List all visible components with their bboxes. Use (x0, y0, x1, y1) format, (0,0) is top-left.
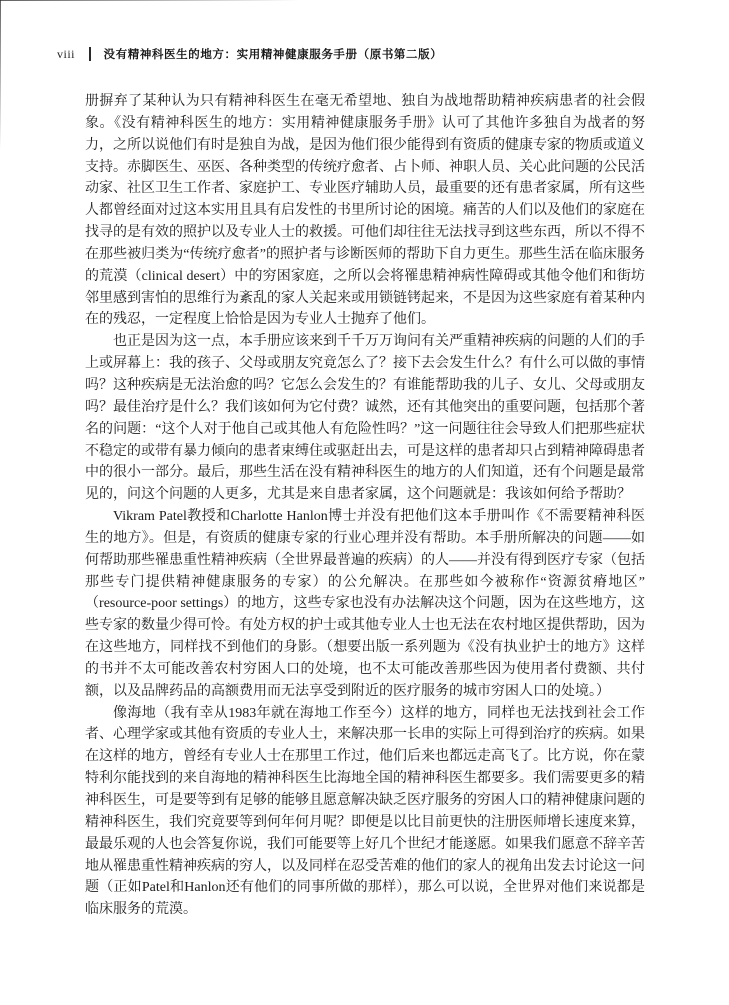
body-paragraph: 像海地（我有幸从1983年就在海地工作至今）这样的地方，同样也无法找到社会工作者… (85, 703, 645, 921)
page-number: viii (57, 47, 75, 62)
page-body: 册摒弃了某种认为只有精神科医生在毫无希望地、独自为战地帮助精神疾病患者的社会假象… (85, 91, 645, 921)
body-paragraph: 册摒弃了某种认为只有精神科医生在毫无希望地、独自为战地帮助精神疾病患者的社会假象… (85, 91, 645, 331)
header-divider (89, 47, 91, 61)
page-edge-artifact-left (0, 0, 1, 150)
page-edge-artifact-top (0, 0, 300, 1)
body-paragraph: Vikram Patel教授和Charlotte Hanlon博士并没有把他们这… (85, 506, 645, 703)
book-page: viii 没有精神科医生的地方：实用精神健康服务手册（原书第二版） 册摒弃了某种… (0, 0, 729, 1005)
book-title: 没有精神科医生的地方：实用精神健康服务手册（原书第二版） (104, 46, 443, 62)
running-head: viii 没有精神科医生的地方：实用精神健康服务手册（原书第二版） (57, 45, 442, 63)
body-paragraph: 也正是因为这一点，本手册应该来到千千万万询问有关严重精神疾病的问题的人们的手上或… (85, 331, 645, 506)
